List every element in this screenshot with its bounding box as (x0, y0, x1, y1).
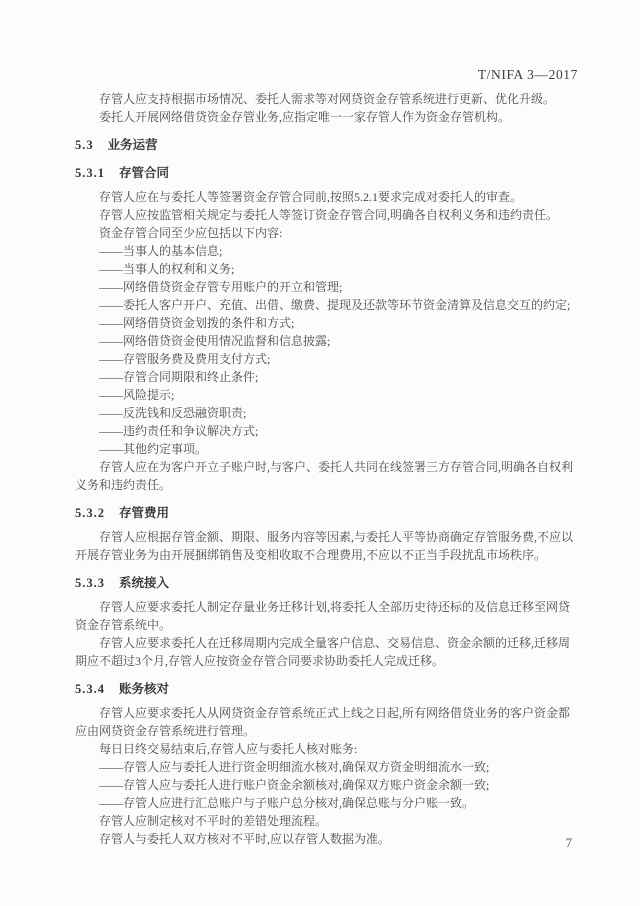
section-number: 5.3.1 (75, 164, 105, 182)
list-item: ——风险提示; (75, 386, 578, 404)
section-heading: 5.3.1存管合同 (75, 164, 578, 182)
paragraph: 存管人应支持根据市场情况、委托人需求等对网贷资金存管系统进行更新、优化升级。 (75, 90, 578, 108)
list-item: ——存管服务费及费用支付方式; (75, 350, 578, 368)
list-item: ——当事人的权利和义务; (75, 260, 578, 278)
list-item: ——网络借贷资金划拨的条件和方式; (75, 314, 578, 332)
section-title: 账务核对 (119, 681, 169, 696)
list-item: ——存管人应与委托人进行资金明细流水核对,确保双方资金明细流水一致; (75, 758, 578, 776)
paragraph: 每日日终交易结束后,存管人应与委托人核对账务: (75, 740, 578, 758)
paragraph: 委托人开展网络借贷资金存管业务,应指定唯一一家存管人作为资金存管机构。 (75, 108, 578, 126)
list-item: ——当事人的基本信息; (75, 242, 578, 260)
section-heading: 5.3.3系统接入 (75, 574, 578, 592)
list-item: ——存管人应进行汇总账户与子账户总分核对,确保总账与分户账一致。 (75, 794, 578, 812)
paragraph: 存管人应要求委托人在迁移周期内完成全量客户信息、交易信息、资金余额的迁移,迁移周… (75, 634, 578, 670)
paragraph: 存管人应制定核对不平时的差错处理流程。 (75, 812, 578, 830)
section-title: 业务运营 (108, 137, 158, 152)
list-item: ——存管人应与委托人进行账户资金余额核对,确保双方账户资金余额一致; (75, 776, 578, 794)
paragraph: 存管人应要求委托人从网贷资金存管系统正式上线之日起,所有网络借贷业务的客户资金都… (75, 704, 578, 740)
section-number: 5.3.3 (75, 574, 105, 592)
section-title: 存管合同 (119, 165, 169, 180)
page-number: 7 (566, 836, 572, 851)
section-number: 5.3 (75, 136, 94, 154)
document-body: 存管人应支持根据市场情况、委托人需求等对网贷资金存管系统进行更新、优化升级。委托… (75, 90, 578, 848)
section-title: 系统接入 (119, 575, 169, 590)
list-item: ——委托人客户开户、充值、出借、缴费、提现及还款等环节资金清算及信息交互的约定; (75, 296, 578, 314)
standard-number-header: T/NIFA 3—2017 (478, 67, 578, 83)
list-item: ——违约责任和争议解决方式; (75, 422, 578, 440)
paragraph: 存管人应根据存管金额、期限、服务内容等因素,与委托人平等协商确定存管服务费,不应… (75, 528, 578, 564)
section-title: 存管费用 (119, 505, 169, 520)
section-heading: 5.3业务运营 (75, 136, 578, 154)
list-item: ——反洗钱和反恐融资职责; (75, 404, 578, 422)
list-item: ——网络借贷资金存管专用账户的开立和管理; (75, 278, 578, 296)
list-item: ——存管合同期限和终止条件; (75, 368, 578, 386)
paragraph: 存管人应按监管相关规定与委托人等签订资金存管合同,明确各自权利义务和违约责任。 (75, 206, 578, 224)
section-heading: 5.3.2存管费用 (75, 504, 578, 522)
paragraph: 存管人应在与委托人等签署资金存管合同前,按照5.2.1要求完成对委托人的审查。 (75, 188, 578, 206)
paragraph: 存管人应在为客户开立子账户时,与客户、委托人共同在线签署三方存管合同,明确各自权… (75, 458, 578, 494)
section-number: 5.3.4 (75, 680, 105, 698)
paragraph: 资金存管合同至少应包括以下内容: (75, 224, 578, 242)
list-item: ——其他约定事项。 (75, 440, 578, 458)
section-heading: 5.3.4账务核对 (75, 680, 578, 698)
paragraph: 存管人与委托人双方核对不平时,应以存管人数据为准。 (75, 830, 578, 848)
document-page: T/NIFA 3—2017 存管人应支持根据市场情况、委托人需求等对网贷资金存管… (0, 0, 640, 906)
section-number: 5.3.2 (75, 504, 105, 522)
list-item: ——网络借贷资金使用情况监督和信息披露; (75, 332, 578, 350)
paragraph: 存管人应要求委托人制定存量业务迁移计划,将委托人全部历史待还标的及信息迁移至网贷… (75, 598, 578, 634)
